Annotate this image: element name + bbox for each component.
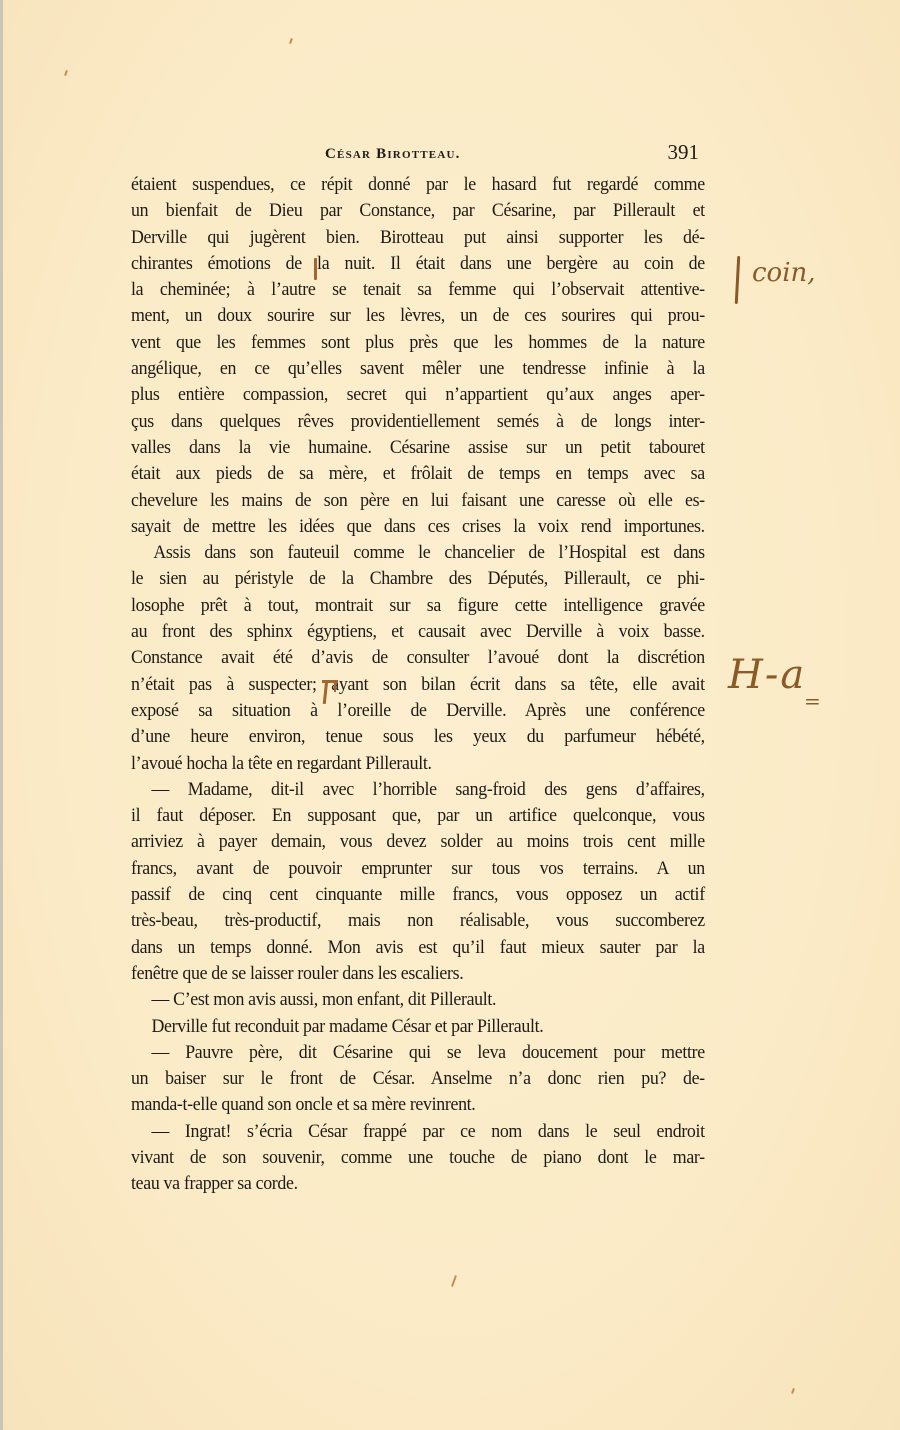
margin-note-text: H-a [728, 652, 806, 698]
correction-mark-stroke [323, 680, 328, 704]
dialogue-line: — Pauvre père, dit Césarine qui se leva … [131, 1040, 705, 1066]
text-line: étaient suspendues, ce répit donné par l… [131, 172, 705, 198]
text-line: passif de cinq cent cinquante mille fran… [131, 882, 705, 908]
text-line: n’était pas à suspecter; ayant son bilan… [131, 672, 705, 698]
text-line: çus dans quelques rêves providentielleme… [131, 409, 705, 435]
margin-bar-mark [735, 256, 741, 304]
margin-note-dots: = [804, 696, 821, 706]
text-line: vent que les femmes sont plus près que l… [131, 330, 705, 356]
text-line: vivant de son souvenir, comme une touche… [131, 1145, 705, 1171]
dialogue-line: — Ingrat! s’écria César frappé par ce no… [131, 1119, 705, 1145]
text-line: l’avoué hocha la tête en regardant Pille… [131, 751, 705, 777]
body-text: étaient suspendues, ce répit donné par l… [131, 172, 705, 1198]
text-line: sayait de mettre les idées que dans ces … [131, 514, 705, 540]
text-line: chirantes émotions de la nuit. Il était … [131, 251, 705, 277]
dialogue-line: — C’est mon avis aussi, mon enfant, dit … [131, 987, 705, 1013]
text-line: il faut déposer. En supposant que, par u… [131, 803, 705, 829]
text-line: chevelure les mains de son père en lui f… [131, 488, 705, 514]
text-line: d’une heure environ, tenue sous les yeux… [131, 724, 705, 750]
text-line: angélique, en ce qu’elles savent mêler u… [131, 356, 705, 382]
text-line: Constance avait été d’avis de consulter … [131, 645, 705, 671]
text-line: dans un temps donné. Mon avis est qu’il … [131, 935, 705, 961]
dialogue-line: — Madame, dit-il avec l’horrible sang-fr… [131, 777, 705, 803]
text-line: très-beau, très-productif, mais non réal… [131, 908, 705, 934]
text-line: le sien au péristyle de la Chambre des D… [131, 566, 705, 592]
text-line: un bienfait de Dieu par Constance, par C… [131, 198, 705, 224]
text-line: était aux pieds de sa mère, et frôlait d… [131, 461, 705, 487]
page-edge [0, 0, 3, 1430]
correction-mark [322, 680, 338, 704]
text-line: la cheminée; à l’autre se tenait sa femm… [131, 277, 705, 303]
paragraph-line: Derville fut reconduit par madame César … [131, 1014, 705, 1040]
text-line: fenêtre que de se laisser rouler dans le… [131, 961, 705, 987]
text-line: au front des sphinx égyptiens, et causai… [131, 619, 705, 645]
running-title: César Birotteau. [325, 146, 461, 163]
running-head: César Birotteau. 391 [130, 140, 705, 166]
text-line: losophe prêt à tout, montrait sur sa fig… [131, 593, 705, 619]
text-line: Derville qui jugèrent bien. Birotteau pu… [131, 225, 705, 251]
text-line: arriviez à payer demain, vous devez sold… [131, 829, 705, 855]
insertion-mark [314, 258, 317, 280]
margin-note-ha: H-a = [728, 652, 838, 727]
page-number: 391 [668, 140, 700, 165]
text-line: teau va frapper sa corde. [131, 1171, 705, 1197]
text-line: plus entière compassion, secret qui n’ap… [131, 382, 705, 408]
margin-note-coin: coin, [736, 250, 836, 310]
text-line: francs, avant de pouvoir emprunter sur t… [131, 856, 705, 882]
correction-mark-stroke [334, 680, 336, 692]
text-line: ment, un doux sourire sur les lèvres, un… [131, 303, 705, 329]
text-line: manda-t-elle quand son oncle et sa mère … [131, 1092, 705, 1118]
paragraph-start-line: Assis dans son fauteuil comme le chancel… [131, 540, 705, 566]
text-line: exposé sa situation à l’oreille de Dervi… [131, 698, 705, 724]
margin-note-text: coin, [752, 258, 816, 288]
text-line: valles dans la vie humaine. Césarine ass… [131, 435, 705, 461]
text-line: un baiser sur le front de César. Anselme… [131, 1066, 705, 1092]
